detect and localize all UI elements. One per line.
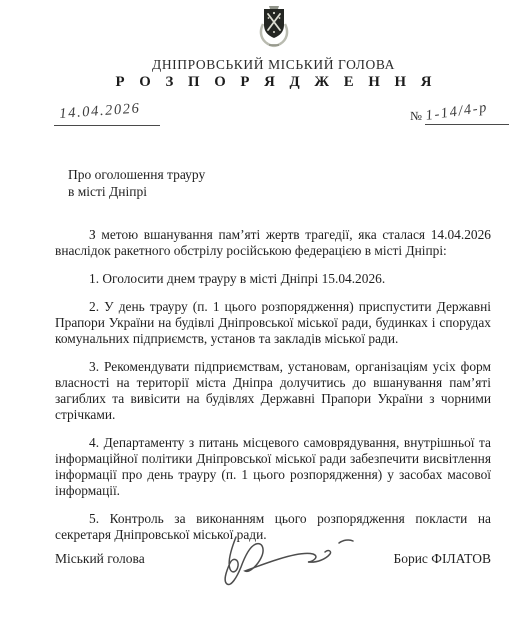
document-page: ДНІПРОВСЬКИЙ МІСЬКИЙ ГОЛОВА Р О З П О Р … (0, 0, 516, 640)
number-handwritten-value: 1-14/4-р (425, 99, 490, 125)
org-title: ДНІПРОВСЬКИЙ МІСЬКИЙ ГОЛОВА (55, 57, 492, 73)
date-field: 14.04.2026 (54, 102, 160, 126)
paragraph-item-4: 4. Департаменту з питань місцевого самов… (55, 435, 491, 499)
number-field: № 1-14/4-р (410, 104, 509, 125)
document-body: З метою вшанування пам’яті жертв трагеді… (55, 227, 491, 543)
subject-block: Про оголошення трауру в місті Дніпрі (68, 167, 205, 200)
subject-line-2: в місті Дніпрі (68, 184, 205, 201)
number-underline: 1-14/4-р (425, 103, 509, 125)
paragraph-intro: З метою вшанування пам’яті жертв трагеді… (55, 227, 491, 259)
signature-position-title: Міський голова (55, 551, 145, 567)
signature-row: Міський голова Борис ФІЛАТОВ (55, 551, 491, 567)
paragraph-item-3: 3. Рекомендувати підприємствам, установа… (55, 359, 491, 423)
date-handwritten-value: 14.04.2026 (59, 100, 141, 123)
paragraph-item-1: 1. Оголосити днем трауру в місті Дніпрі … (55, 271, 491, 287)
doc-type-title: Р О З П О Р Я Д Ж Е Н Н Я (55, 74, 492, 91)
number-label: № (410, 109, 422, 125)
subject-line-1: Про оголошення трауру (68, 167, 205, 184)
emblem-container (55, 4, 492, 53)
signature-name: Борис ФІЛАТОВ (393, 551, 491, 567)
paragraph-item-2: 2. У день трауру (п. 1 цього розпоряджен… (55, 299, 491, 347)
dnipro-coat-of-arms-icon (259, 4, 289, 48)
